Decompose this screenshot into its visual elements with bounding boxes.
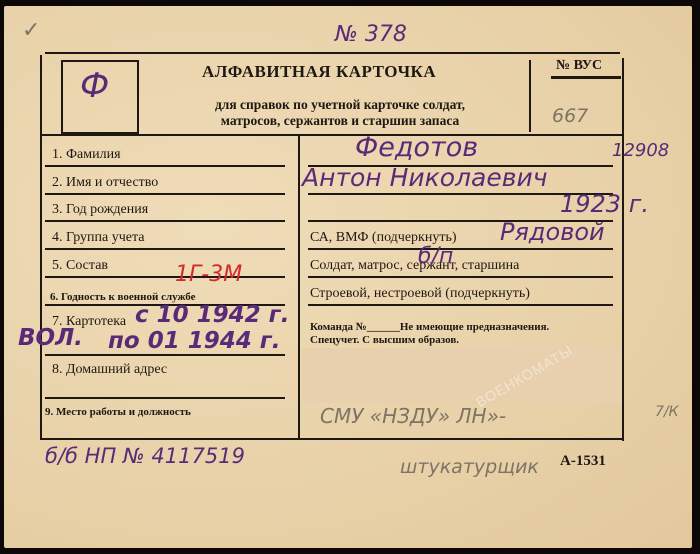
- row-line: [45, 193, 285, 195]
- header-bottom: [42, 134, 624, 136]
- check-mark: ✓: [22, 18, 40, 43]
- form-code: А-1531: [560, 453, 606, 470]
- sostav-options: Солдат, матрос, сержант, старшина: [310, 258, 519, 274]
- frame-top: [45, 52, 620, 54]
- team-line-2: Спецучет. С высшим образов.: [310, 334, 459, 346]
- row-line: [45, 248, 285, 250]
- corner-mark: 7/К: [655, 404, 679, 420]
- row-line: [308, 304, 613, 306]
- kartoteka-from: с 10 1942 г.: [135, 302, 289, 328]
- row-line: [308, 248, 613, 250]
- group-sub-value: б/п: [418, 244, 453, 269]
- subtitle-line-2: матросов, сержантов и старшин запаса: [160, 113, 520, 129]
- letter-box-value: Ф: [80, 66, 109, 106]
- surname-value: Федотов: [355, 132, 478, 163]
- birth-year-value: 1923 г.: [560, 190, 649, 218]
- kartoteka-prefix: ВОЛ.: [18, 325, 83, 351]
- frame-right: [622, 58, 624, 441]
- field-address-label: 8. Домашний адрес: [52, 362, 167, 378]
- column-divider: [298, 136, 300, 438]
- field-work-label: 9. Место работы и должность: [45, 406, 191, 418]
- row-line: [45, 397, 285, 399]
- field-birth-year-label: 3. Год рождения: [52, 202, 148, 218]
- kartoteka-to: по 01 1944 г.: [108, 328, 281, 354]
- vus-number: 12908: [612, 140, 669, 161]
- row-line: [308, 276, 613, 278]
- work-position-value: штукатурщик: [400, 456, 539, 478]
- fitness-options: Строевой, нестроевой (подчеркнуть): [310, 286, 530, 302]
- field-sostav-label: 5. Состав: [52, 258, 108, 274]
- vus-divider: [529, 60, 531, 132]
- vus-underline: [551, 76, 621, 79]
- vus-pencil-value: 667: [552, 105, 588, 127]
- vus-label: № ВУС: [556, 58, 602, 74]
- frame-bottom: [42, 438, 622, 440]
- card-title: АЛФАВИТНАЯ КАРТОЧКА: [202, 62, 436, 82]
- field-surname-label: 1. Фамилия: [52, 147, 121, 163]
- sostav-value: 1Г-3М: [175, 262, 242, 287]
- field-name-label: 2. Имя и отчество: [52, 175, 158, 191]
- card-number: № 378: [335, 22, 407, 47]
- team-line-1: Команда №______Не имеющие предназначения…: [310, 321, 549, 333]
- row-line: [45, 354, 285, 356]
- field-post-number: б/б НП № 4117519: [45, 444, 245, 468]
- work-place-value: СМУ «НЗДУ» ЛН»-: [320, 404, 506, 428]
- field-group-label: 4. Группа учета: [52, 230, 144, 246]
- name-patronymic-value: Антон Николаевич: [302, 163, 547, 192]
- card-subtitle: для справок по учетной карточке солдат, …: [160, 97, 520, 129]
- frame-left: [40, 55, 42, 440]
- row-line: [45, 165, 285, 167]
- row-line: [45, 276, 285, 278]
- row-line: [45, 220, 285, 222]
- group-value: Рядовой: [500, 218, 605, 246]
- subtitle-line-1: для справок по учетной карточке солдат,: [160, 97, 520, 113]
